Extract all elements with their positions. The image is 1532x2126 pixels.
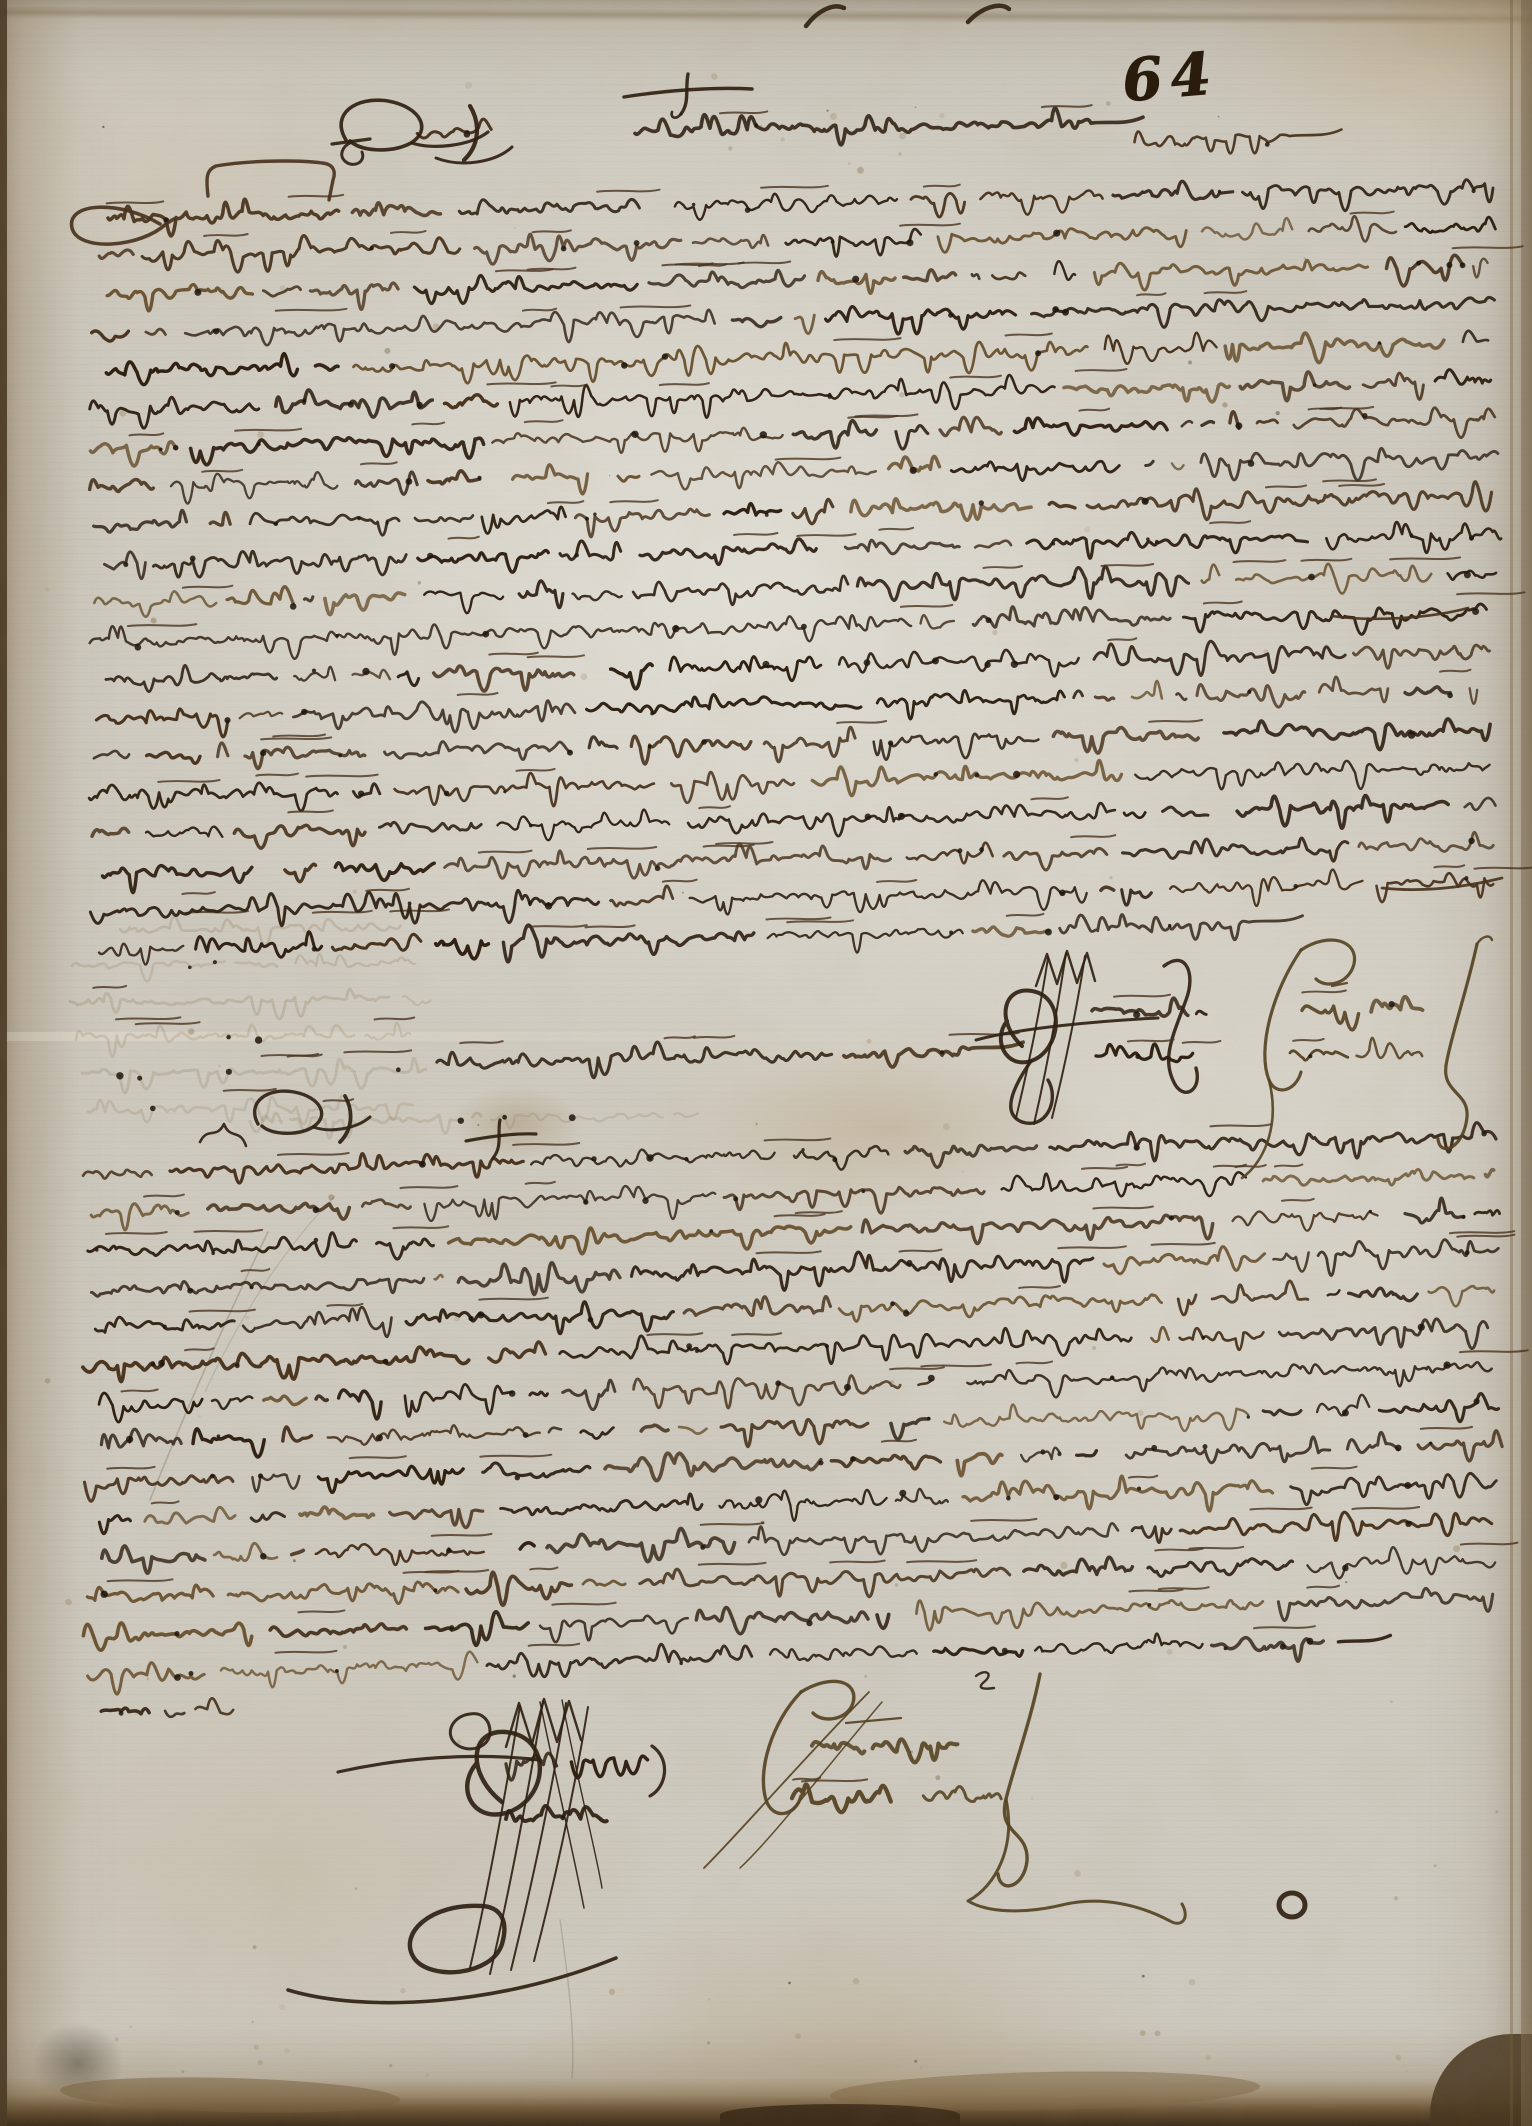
ink-layer: 64 (0, 0, 1532, 2126)
photo-grain (0, 0, 1532, 2126)
manuscript-photo: 64 (0, 0, 1532, 2126)
